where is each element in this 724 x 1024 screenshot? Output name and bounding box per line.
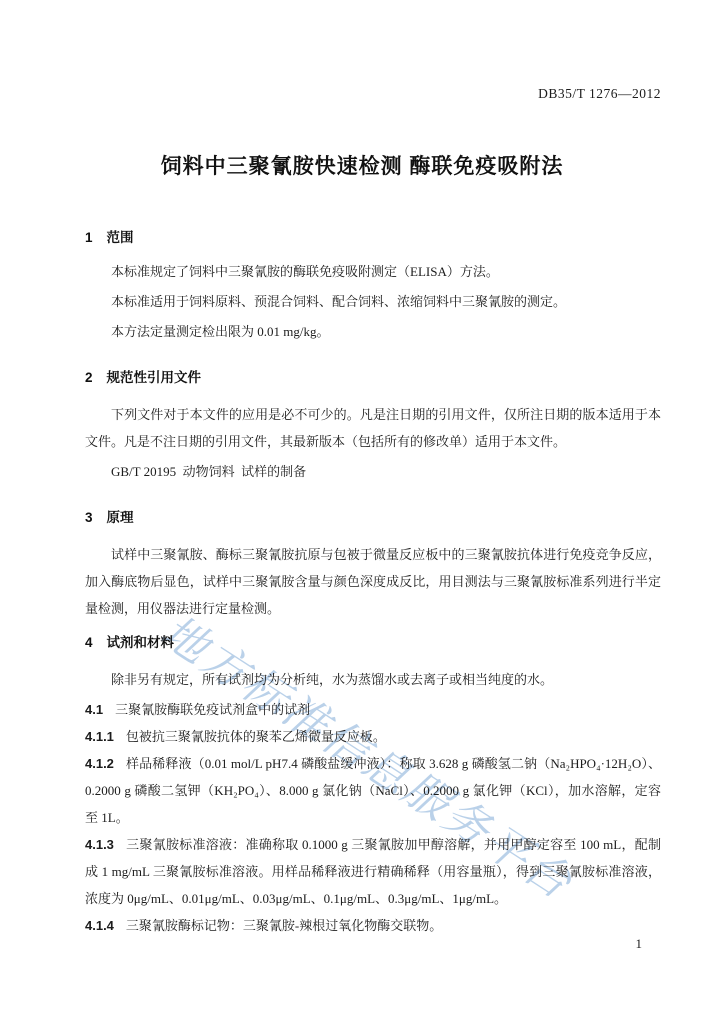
section-4-intro: 除非另有规定，所有试剂均为分析纯，水为蒸馏水或去离子或相当纯度的水。 xyxy=(85,666,661,693)
subclause-4-1-4-text: 三聚氰胺酶标记物：三聚氰胺-辣根过氧化物酶交联物。 xyxy=(126,918,442,933)
subclause-4-1-1-number: 4.1.1 xyxy=(85,729,114,744)
document-body: 1范围 本标准规定了饲料中三聚氰胺的酶联免疫吸附测定（ELISA）方法。 本标准… xyxy=(85,224,661,939)
subclause-4-1-3-text: 三聚氰胺标准溶液：准确称取 0.1000 g 三聚氰胺加甲醇溶解，并用甲醇定容至… xyxy=(85,837,661,906)
section-3-paragraph: 试样中三聚氰胺、酶标三聚氰胺抗原与包被于微量反应板中的三聚氰胺抗体进行免疫竞争反… xyxy=(85,541,661,622)
subclause-4-1-1-text: 包被抗三聚氰胺抗体的聚苯乙烯微量反应板。 xyxy=(126,729,386,744)
section-1-paragraph: 本方法定量测定检出限为 0.01 mg/kg。 xyxy=(85,318,661,345)
section-1-paragraph: 本标准适用于饲料原料、预混合饲料、配合饲料、浓缩饲料中三聚氰胺的测定。 xyxy=(85,288,661,315)
subclause-4-1-4: 4.1.4三聚氰胺酶标记物：三聚氰胺-辣根过氧化物酶交联物。 xyxy=(85,912,661,939)
page-number: 1 xyxy=(636,936,643,952)
subclause-4-1-2-text: 样品稀释液（0.01 mol/L pH7.4 磷酸盐缓冲液）：称取 3.628 … xyxy=(85,756,661,825)
subclause-4-1-text: 三聚氰胺酶联免疫试剂盒中的试剂 xyxy=(115,702,310,717)
document-page: 地方标准信息服务平台 DB35/T 1276—2012 饲料中三聚氰胺快速检测 … xyxy=(0,0,724,1024)
section-2-title: 规范性引用文件 xyxy=(107,370,202,385)
subclause-4-1-3: 4.1.3三聚氰胺标准溶液：准确称取 0.1000 g 三聚氰胺加甲醇溶解，并用… xyxy=(85,831,661,912)
section-4-number: 4 xyxy=(85,635,93,650)
section-3-heading: 3原理 xyxy=(85,504,661,531)
section-4-heading: 4试剂和材料 xyxy=(85,629,661,656)
section-1-paragraph: 本标准规定了饲料中三聚氰胺的酶联免疫吸附测定（ELISA）方法。 xyxy=(85,258,661,285)
subclause-4-1: 4.1三聚氰胺酶联免疫试剂盒中的试剂 xyxy=(85,696,661,723)
section-2-paragraph: 下列文件对于本文件的应用是必不可少的。凡是注日期的引用文件，仅所注日期的版本适用… xyxy=(85,401,661,455)
subclause-4-1-1: 4.1.1包被抗三聚氰胺抗体的聚苯乙烯微量反应板。 xyxy=(85,723,661,750)
section-4-title: 试剂和材料 xyxy=(107,635,175,650)
section-1-number: 1 xyxy=(85,230,93,245)
section-1-heading: 1范围 xyxy=(85,224,661,251)
subclause-4-1-3-number: 4.1.3 xyxy=(85,837,114,852)
section-3-number: 3 xyxy=(85,510,93,525)
section-2-number: 2 xyxy=(85,370,93,385)
subclause-4-1-number: 4.1 xyxy=(85,702,103,717)
subclause-4-1-2: 4.1.2样品稀释液（0.01 mol/L pH7.4 磷酸盐缓冲液）：称取 3… xyxy=(85,750,661,831)
standard-code: DB35/T 1276—2012 xyxy=(538,86,661,102)
document-title: 饲料中三聚氰胺快速检测 酶联免疫吸附法 xyxy=(0,150,724,180)
section-3-title: 原理 xyxy=(107,510,134,525)
normative-reference: GB/T 20195 动物饲料 试样的制备 xyxy=(85,458,661,485)
section-2-heading: 2规范性引用文件 xyxy=(85,364,661,391)
subclause-4-1-4-number: 4.1.4 xyxy=(85,918,114,933)
section-1-title: 范围 xyxy=(107,230,134,245)
subclause-4-1-2-number: 4.1.2 xyxy=(85,756,114,771)
